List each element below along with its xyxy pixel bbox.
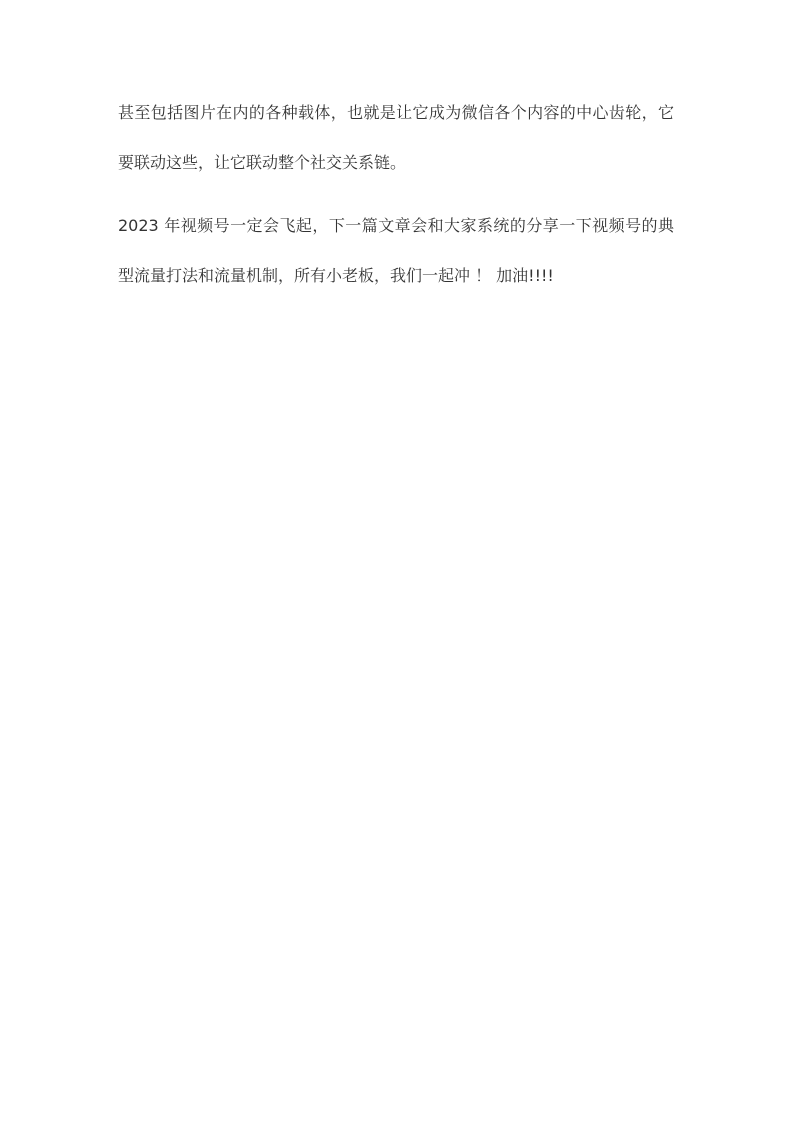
document-page: 甚至包括图片在内的各种载体，也就是让它成为微信各个内容的中心齿轮，它要联动这些，… bbox=[0, 0, 793, 1122]
paragraph: 甚至包括图片在内的各种载体，也就是让它成为微信各个内容的中心齿轮，它要联动这些，… bbox=[118, 88, 674, 188]
document-body: 甚至包括图片在内的各种载体，也就是让它成为微信各个内容的中心齿轮，它要联动这些，… bbox=[118, 88, 674, 314]
paragraph: 2023 年视频号一定会飞起，下一篇文章会和大家系统的分享一下视频号的典型流量打… bbox=[118, 201, 674, 301]
